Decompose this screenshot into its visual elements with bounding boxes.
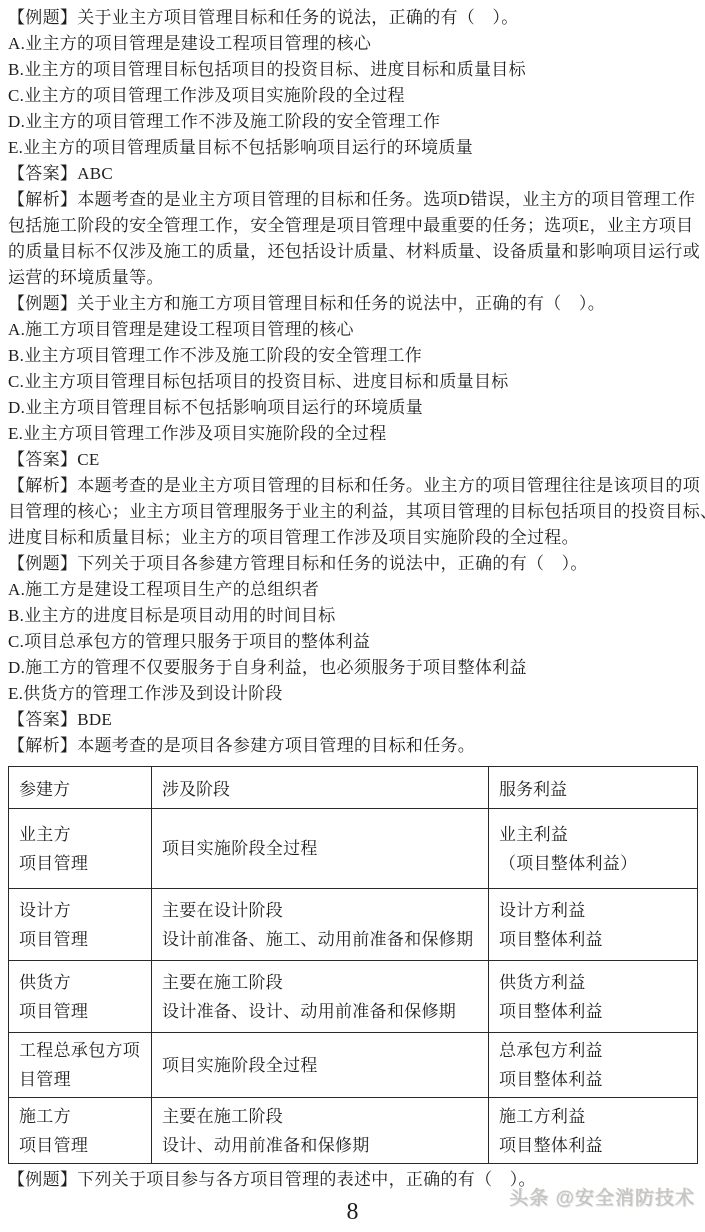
cell-line: 设计方利益 <box>499 896 687 925</box>
answer-line: 【答案】CE <box>8 447 697 473</box>
column-header-interest: 服务利益 <box>489 767 698 809</box>
cell-line: 项目实施阶段全过程 <box>162 1051 478 1080</box>
cell-line: 设计、动用前准备和保修期 <box>162 1131 478 1160</box>
option-line: A.业主方的项目管理是建设工程项目管理的核心 <box>8 31 697 57</box>
option-line: B.业主方的进度目标是项目动用的时间目标 <box>8 603 697 629</box>
option-line: C.业主方的项目管理工作涉及项目实施阶段的全过程 <box>8 83 697 109</box>
cell-party: 设计方项目管理 <box>9 889 152 961</box>
cell-line: 主要在施工阶段 <box>162 968 478 997</box>
question-stem: 【例题】关于业主方和施工方项目管理目标和任务的说法中，正确的有（ ）。 <box>8 291 697 317</box>
option-line: B.业主方项目管理工作不涉及施工阶段的安全管理工作 <box>8 343 697 369</box>
cell-line: 设计方 <box>19 896 141 925</box>
cell-line: 项目整体利益 <box>499 997 687 1026</box>
cell-stage: 主要在设计阶段设计前准备、施工、动用前准备和保修期 <box>152 889 489 961</box>
document-page: 【例题】关于业主方项目管理目标和任务的说法，正确的有（ ）。A.业主方的项目管理… <box>0 0 705 1232</box>
analysis-line: 运营的环境质量等。 <box>8 265 697 291</box>
cell-party: 供货方项目管理 <box>9 961 152 1033</box>
cell-line: 供货方 <box>19 968 141 997</box>
cell-stage: 项目实施阶段全过程 <box>152 1033 489 1098</box>
option-line: C.项目总承包方的管理只服务于项目的整体利益 <box>8 629 697 655</box>
table-row: 业主方项目管理项目实施阶段全过程业主利益（项目整体利益） <box>9 809 698 889</box>
option-line: D.业主方项目管理目标不包括影响项目运行的环境质量 <box>8 395 697 421</box>
cell-party: 工程总承包方项目管理 <box>9 1033 152 1098</box>
option-line: D.施工方的管理不仅要服务于自身利益，也必须服务于项目整体利益 <box>8 655 697 681</box>
cell-line: 项目实施阶段全过程 <box>162 834 478 863</box>
cell-line: 工程总承包方项目管理 <box>19 1036 141 1094</box>
option-line: E.业主方的项目管理质量目标不包括影响项目运行的环境质量 <box>8 135 697 161</box>
question-stem: 【例题】关于业主方项目管理目标和任务的说法，正确的有（ ）。 <box>8 5 697 31</box>
cell-line: 施工方利益 <box>499 1102 687 1131</box>
option-line: B.业主方的项目管理目标包括项目的投资目标、进度目标和质量目标 <box>8 57 697 83</box>
cell-line: 项目整体利益 <box>499 925 687 954</box>
option-line: A.施工方项目管理是建设工程项目管理的核心 <box>8 317 697 343</box>
cell-party: 施工方项目管理 <box>9 1098 152 1164</box>
table-row: 施工方项目管理主要在施工阶段设计、动用前准备和保修期施工方利益项目整体利益 <box>9 1098 698 1164</box>
project-parties-table: 参建方 涉及阶段 服务利益 业主方项目管理项目实施阶段全过程业主利益（项目整体利… <box>8 766 698 1164</box>
analysis-line: 的质量目标不仅涉及施工的质量，还包括设计质量、材料质量、设备质量和影响项目运行或 <box>8 239 697 265</box>
option-line: C.业主方项目管理目标包括项目的投资目标、进度目标和质量目标 <box>8 369 697 395</box>
analysis-line: 【解析】本题考查的是业主方项目管理的目标和任务。业主方的项目管理往往是该项目的项 <box>8 473 697 499</box>
cell-line: 施工方 <box>19 1102 141 1131</box>
table-row: 工程总承包方项目管理项目实施阶段全过程总承包方利益项目整体利益 <box>9 1033 698 1098</box>
cell-stage: 主要在施工阶段设计、动用前准备和保修期 <box>152 1098 489 1164</box>
questions-section: 【例题】关于业主方项目管理目标和任务的说法，正确的有（ ）。A.业主方的项目管理… <box>8 5 697 759</box>
question-stem: 【例题】下列关于项目各参建方管理目标和任务的说法中，正确的有（ ）。 <box>8 551 697 577</box>
cell-line: 总承包方利益 <box>499 1036 687 1065</box>
table-header-row: 参建方 涉及阶段 服务利益 <box>9 767 698 809</box>
cell-stage: 主要在施工阶段设计准备、设计、动用前准备和保修期 <box>152 961 489 1033</box>
cell-line: 设计前准备、施工、动用前准备和保修期 <box>162 925 478 954</box>
table-body: 业主方项目管理项目实施阶段全过程业主利益（项目整体利益）设计方项目管理主要在设计… <box>9 809 698 1164</box>
analysis-line: 【解析】本题考查的是项目各参建方项目管理的目标和任务。 <box>8 733 697 759</box>
cell-line: （项目整体利益） <box>499 849 687 878</box>
column-header-party: 参建方 <box>9 767 152 809</box>
watermark-text: 头条 @安全消防技术 <box>509 1183 695 1210</box>
cell-line: 项目管理 <box>19 925 141 954</box>
cell-line: 项目整体利益 <box>499 1131 687 1160</box>
option-line: E.业主方项目管理工作涉及项目实施阶段的全过程 <box>8 421 697 447</box>
analysis-line: 包括施工阶段的安全管理工作，安全管理是项目管理中最重要的任务；选项E，业主方项目 <box>8 213 697 239</box>
cell-interest: 总承包方利益项目整体利益 <box>489 1033 698 1098</box>
cell-line: 供货方利益 <box>499 968 687 997</box>
analysis-line: 目管理的核心；业主方项目管理服务于业主的利益，其项目管理的目标包括项目的投资目标… <box>8 499 697 525</box>
cell-interest: 供货方利益项目整体利益 <box>489 961 698 1033</box>
page-content: 【例题】关于业主方项目管理目标和任务的说法，正确的有（ ）。A.业主方的项目管理… <box>0 0 705 1193</box>
column-header-stage: 涉及阶段 <box>152 767 489 809</box>
table-row: 设计方项目管理主要在设计阶段设计前准备、施工、动用前准备和保修期设计方利益项目整… <box>9 889 698 961</box>
cell-line: 业主利益 <box>499 820 687 849</box>
cell-party: 业主方项目管理 <box>9 809 152 889</box>
cell-line: 项目整体利益 <box>499 1065 687 1094</box>
cell-line: 业主方 <box>19 820 141 849</box>
cell-line: 项目管理 <box>19 997 141 1026</box>
cell-line: 主要在施工阶段 <box>162 1102 478 1131</box>
option-line: E.供货方的管理工作涉及到设计阶段 <box>8 681 697 707</box>
analysis-line: 进度目标和质量目标；业主方的项目管理工作涉及项目实施阶段的全过程。 <box>8 525 697 551</box>
cell-line: 主要在设计阶段 <box>162 896 478 925</box>
cell-interest: 设计方利益项目整体利益 <box>489 889 698 961</box>
cell-line: 设计准备、设计、动用前准备和保修期 <box>162 997 478 1026</box>
cell-line: 项目管理 <box>19 1131 141 1160</box>
answer-line: 【答案】BDE <box>8 707 697 733</box>
analysis-line: 【解析】本题考查的是业主方项目管理的目标和任务。选项D错误，业主方的项目管理工作 <box>8 187 697 213</box>
answer-line: 【答案】ABC <box>8 161 697 187</box>
option-line: A.施工方是建设工程项目生产的总组织者 <box>8 577 697 603</box>
cell-interest: 业主利益（项目整体利益） <box>489 809 698 889</box>
cell-line: 项目管理 <box>19 849 141 878</box>
cell-interest: 施工方利益项目整体利益 <box>489 1098 698 1164</box>
cell-stage: 项目实施阶段全过程 <box>152 809 489 889</box>
option-line: D.业主方的项目管理工作不涉及施工阶段的安全管理工作 <box>8 109 697 135</box>
table-row: 供货方项目管理主要在施工阶段设计准备、设计、动用前准备和保修期供货方利益项目整体… <box>9 961 698 1033</box>
